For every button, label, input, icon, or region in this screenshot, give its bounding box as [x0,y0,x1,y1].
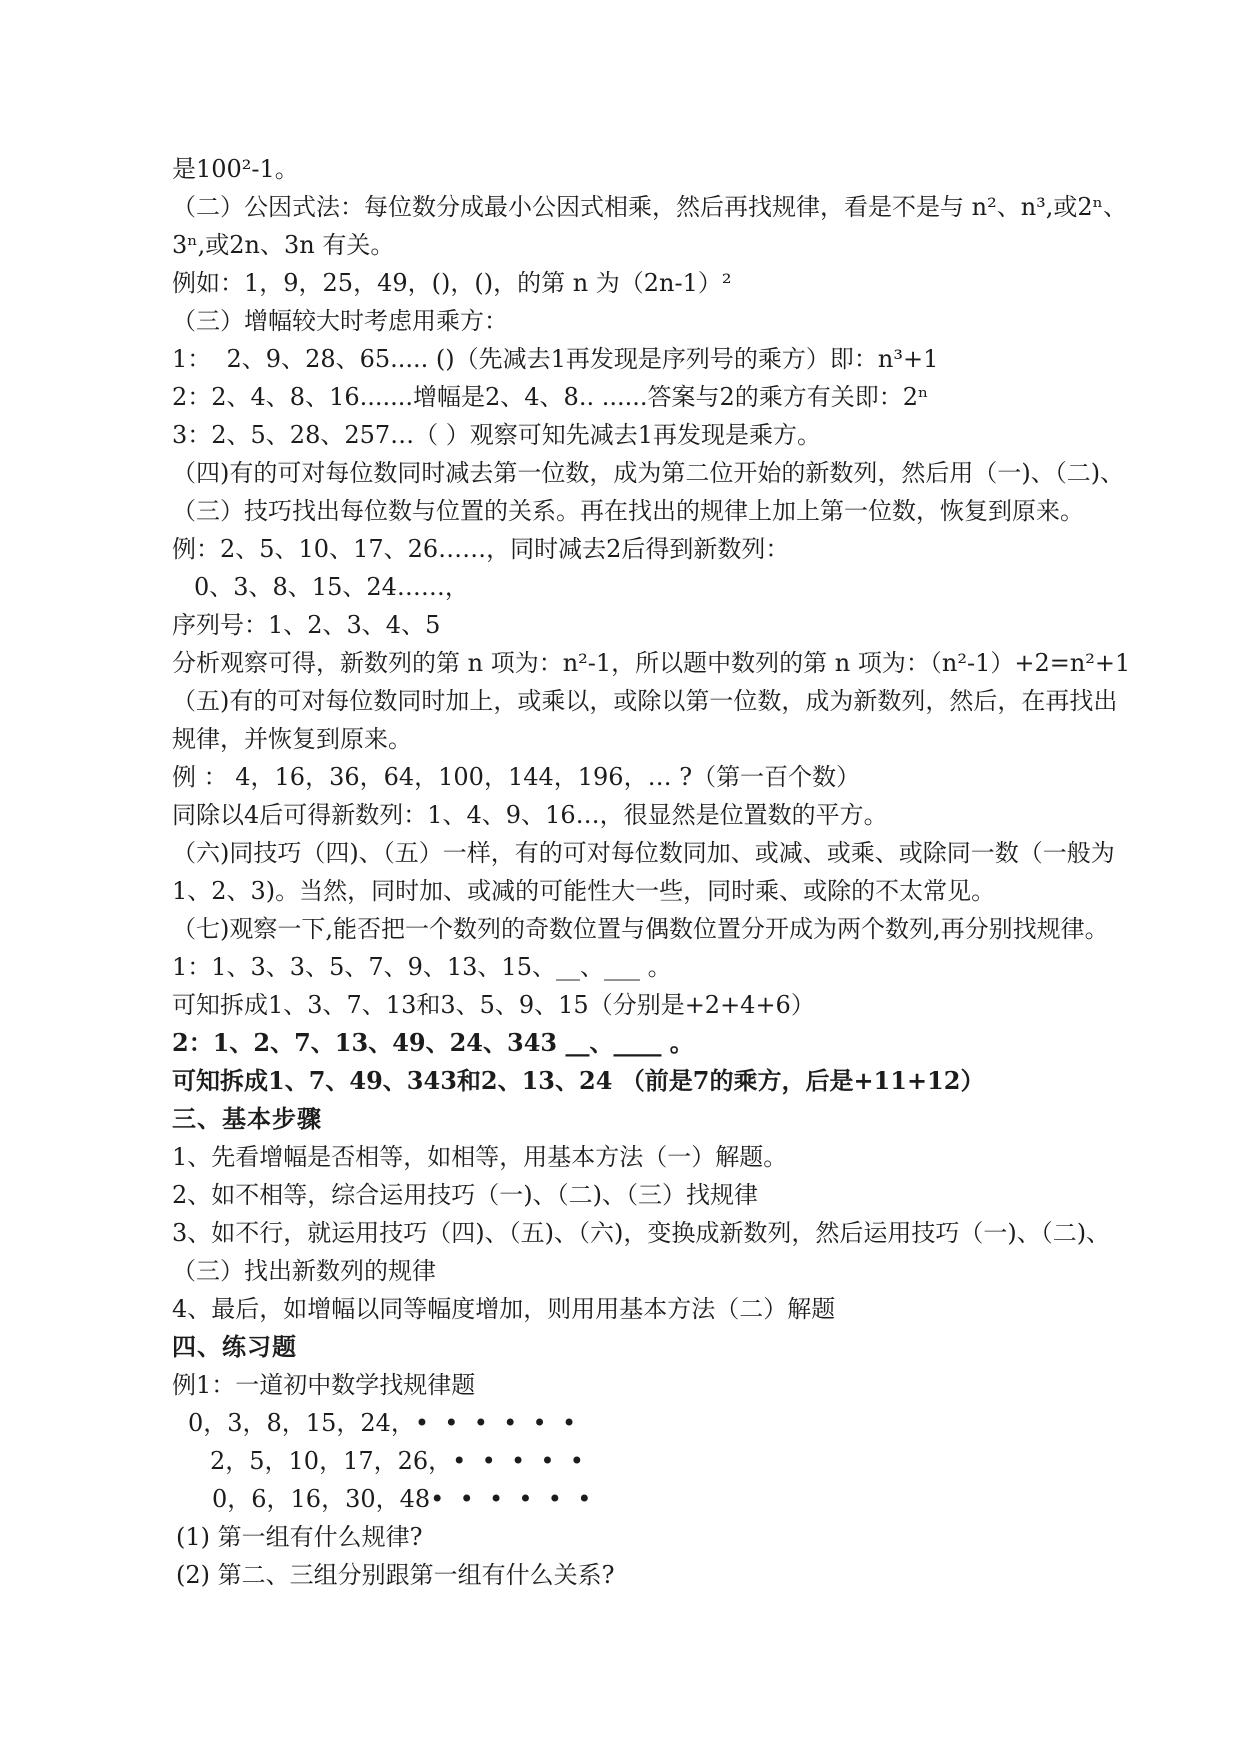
text-line: 3：2、5、28、257…（ ）观察可知先减去1再发现是乘方。 [172,416,1102,454]
text-line: 0，3，8，15，24，• • • • • • [188,1404,1102,1442]
text-line: （二）公因式法：每位数分成最小公因式相乘，然后再找规律，看是不是与 n²、n³,… [172,188,1102,226]
text-line: 例：2、5、10、17、26……，同时减去2后得到新数列： [172,530,1102,568]
text-line: 0，6，16，30，48• • • • • • [212,1480,1102,1518]
heading-basic-steps: 三、基本步骤 [172,1100,1102,1138]
text-line: 2，5，10，17，26，• • • • • [210,1442,1102,1480]
text-line: 规律，并恢复到原来。 [172,720,1102,758]
text-line: 例如：1，9，25，49，()，()，的第 n 为（2n-1）² [172,264,1102,302]
text-line: (2) 第二、三组分别跟第一组有什么关系? [176,1556,1102,1594]
text-line: (1) 第一组有什么规律? [176,1518,1102,1556]
text-line: 3、如不行，就运用技巧（四)、（五)、（六)，变换成新数列，然后运用技巧（一)、… [172,1214,1102,1252]
text-line: 2：2、4、8、16.......增幅是2、4、8.. ......答案与2的乘… [172,378,1102,416]
text-line: （五)有的可对每位数同时加上，或乘以，或除以第一位数，成为新数列，然后，在再找出 [172,682,1102,720]
text-line: （三）技巧找出每位数与位置的关系。再在找出的规律上加上第一位数，恢复到原来。 [172,492,1102,530]
text-line: （七)观察一下,能否把一个数列的奇数位置与偶数位置分开成为两个数列,再分别找规律… [172,910,1102,948]
text-line: 1： 2、9、28、65..... ()（先减去1再发现是序列号的乘方）即：n³… [172,340,1102,378]
text-line: 可知拆成1、3、7、13和3、5、9、15（分别是+2+4+6） [172,986,1102,1024]
text-line: 例1：一道初中数学找规律题 [172,1366,1102,1404]
text-line: 4、最后，如增幅以同等幅度增加，则用用基本方法（二）解题 [172,1290,1102,1328]
text-line: 序列号：1、2、3、4、5 [172,606,1102,644]
text-line: 同除以4后可得新数列：1、4、9、16…，很显然是位置数的平方。 [172,796,1102,834]
text-line: 可知拆成1、7、49、343和2、13、24 （前是7的乘方，后是+11+12） [172,1062,1102,1100]
document-page: 是100²-1。（二）公因式法：每位数分成最小公因式相乘，然后再找规律，看是不是… [0,0,1241,1754]
text-line: 2：1、2、7、13、49、24、343 __、____ 。 [172,1024,1102,1062]
text-line: 0、3、8、15、24……， [194,568,1102,606]
text-line: 1、先看增幅是否相等，如相等，用基本方法（一）解题。 [172,1138,1102,1176]
text-line: （三）找出新数列的规律 [172,1252,1102,1290]
text-line: 1、2、3)。当然，同时加、或减的可能性大一些，同时乘、或除的不太常见。 [172,872,1102,910]
text-line: 是100²-1。 [172,150,1102,188]
text-line: 例 ： 4，16，36，64，100，144，196，… ?（第一百个数） [172,758,1102,796]
text-line: （六)同技巧（四)、（五）一样，有的可对每位数同加、或减、或乘、或除同一数（一般… [172,834,1102,872]
text-line: 分析观察可得，新数列的第 n 项为：n²-1，所以题中数列的第 n 项为：（n²… [172,644,1102,682]
text-line: 2、如不相等，综合运用技巧（一)、（二)、（三）找规律 [172,1176,1102,1214]
text-line: （三）增幅较大时考虑用乘方： [172,302,1102,340]
heading-practice-problems: 四、练习题 [172,1328,1102,1366]
document-text-block: 是100²-1。（二）公因式法：每位数分成最小公因式相乘，然后再找规律，看是不是… [172,150,1102,1594]
text-line: 3ⁿ,或2n、3n 有关。 [172,226,1102,264]
text-line: （四)有的可对每位数同时减去第一位数，成为第二位开始的新数列，然后用（一)、（二… [172,454,1102,492]
text-line: 1：1、3、3、5、7、9、13、15、__、___ 。 [172,948,1102,986]
